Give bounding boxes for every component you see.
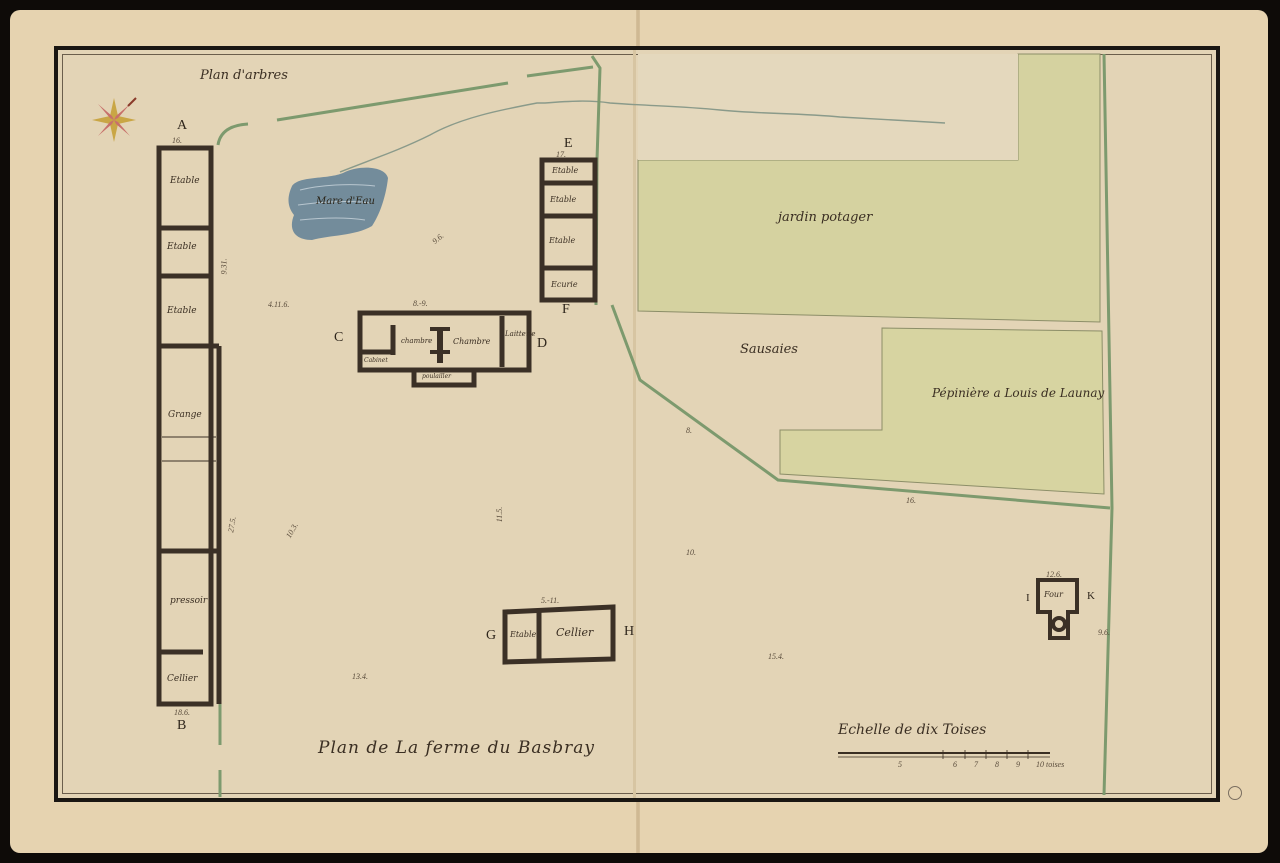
room-etable-3: Etable bbox=[167, 306, 197, 316]
trees-note-label: Plan d'arbres bbox=[200, 68, 288, 83]
scale-title: Echelle de dix Toises bbox=[838, 722, 986, 738]
room-etable-e1: Etable bbox=[552, 166, 578, 175]
nursery-label: Pépinière a Louis de Launay bbox=[932, 386, 1104, 400]
room-chambre-1: chambre bbox=[401, 337, 432, 345]
map-title: Plan de La ferme du Basbray bbox=[318, 738, 595, 758]
house-measure: 8.-9. bbox=[413, 299, 428, 308]
house-chimney bbox=[430, 327, 450, 363]
map-drawing bbox=[0, 0, 1280, 863]
scale-tick-5: 5 bbox=[898, 760, 902, 769]
room-cabinet: Cabinet bbox=[364, 357, 388, 364]
room-cellier-south: Cellier bbox=[556, 626, 593, 639]
letter-h: H bbox=[624, 624, 634, 640]
measure-6: 13.4. bbox=[352, 672, 368, 681]
measure-9: 10. bbox=[686, 548, 696, 557]
room-grange: Grange bbox=[168, 410, 202, 420]
garden-label: jardin potager bbox=[778, 210, 872, 225]
letter-i: I bbox=[1026, 592, 1030, 604]
well-house-walls bbox=[1038, 580, 1077, 638]
scale-bar bbox=[838, 750, 1050, 759]
scale-tick-8: 8 bbox=[995, 760, 999, 769]
letter-d: D bbox=[537, 336, 547, 352]
measure-1: 9.31. bbox=[220, 259, 229, 275]
west-range-walls bbox=[159, 148, 219, 704]
room-cellier-west: Cellier bbox=[167, 674, 197, 684]
room-ecurie: Ecurie bbox=[551, 280, 578, 289]
scale-tick-6: 6 bbox=[953, 760, 957, 769]
south-measure: 5.-11. bbox=[541, 596, 559, 605]
east-measure-top: 17. bbox=[556, 150, 566, 159]
compass-rose bbox=[92, 98, 136, 142]
measure-5: 11.5. bbox=[495, 507, 504, 522]
upper-strip-area bbox=[638, 54, 1018, 160]
measure-7: 8. bbox=[686, 426, 692, 435]
letter-f: F bbox=[562, 302, 570, 318]
measure-10: 15.4. bbox=[768, 652, 784, 661]
letter-g: G bbox=[486, 628, 496, 644]
room-poulailler: poulailler bbox=[422, 373, 451, 380]
room-etable-south: Etable bbox=[510, 630, 536, 639]
scale-tick-10: 10 toises bbox=[1036, 760, 1064, 769]
measure-2: 4.11.6. bbox=[268, 300, 289, 309]
scale-tick-9: 9 bbox=[1016, 760, 1020, 769]
room-chambre-2: Chambre bbox=[453, 337, 490, 346]
room-four: Four bbox=[1044, 590, 1063, 599]
scale-tick-7: 7 bbox=[974, 760, 978, 769]
measure-8: 16. bbox=[906, 496, 916, 505]
east-range-walls bbox=[542, 160, 595, 300]
archive-stamp bbox=[1228, 786, 1242, 800]
room-laitterie: Laitterie bbox=[505, 330, 536, 338]
room-etable-e2: Etable bbox=[550, 195, 576, 204]
field-label: Sausaies bbox=[740, 342, 798, 357]
west-measure-bottom: 18.6. bbox=[174, 708, 190, 717]
letter-k: K bbox=[1087, 590, 1095, 602]
letter-a: A bbox=[177, 118, 187, 134]
letter-b: B bbox=[177, 718, 186, 734]
letter-c: C bbox=[334, 330, 343, 346]
pond-label: Mare d'Eau bbox=[316, 196, 375, 207]
well-measure-right: 9.6. bbox=[1098, 628, 1110, 637]
room-etable-1: Etable bbox=[170, 176, 200, 186]
room-etable-2: Etable bbox=[167, 242, 197, 252]
room-pressoir: pressoir bbox=[170, 596, 207, 606]
nursery-area bbox=[780, 328, 1104, 494]
west-measure-top: 16. bbox=[172, 136, 182, 145]
well-measure-top: 12.6. bbox=[1046, 570, 1062, 579]
room-etable-e3: Etable bbox=[549, 236, 575, 245]
